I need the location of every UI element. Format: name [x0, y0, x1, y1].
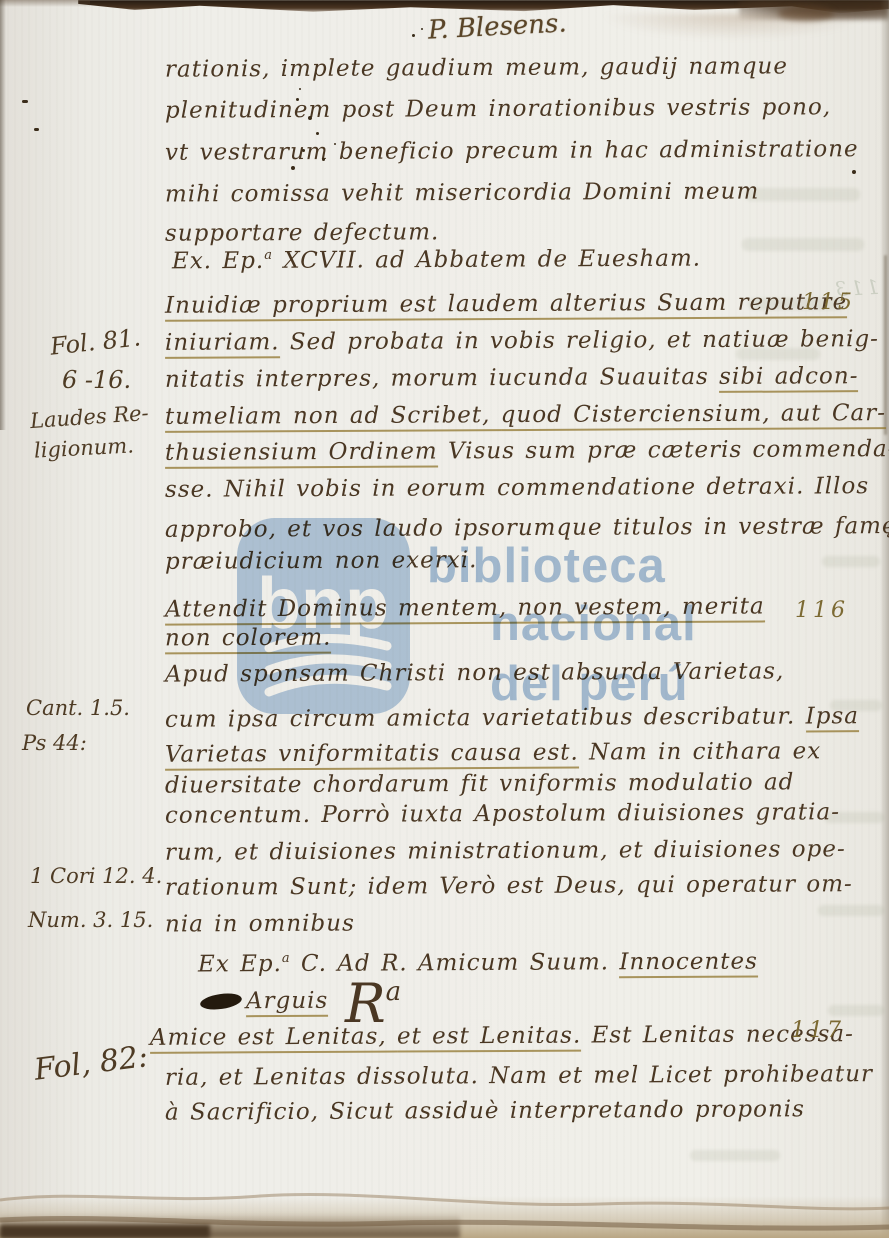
- scan-top-smudge: [600, 14, 870, 40]
- ink-speck: [34, 128, 39, 131]
- scan-right-edge: [880, 0, 889, 1238]
- marginal-citation: Num. 3. 15.: [28, 908, 153, 932]
- ink-speck: [302, 149, 305, 152]
- text-line: iniuriam. Sed probata in vobis religio, …: [165, 326, 879, 356]
- text-line: cum ipsa circum amicta varietatibus desc…: [165, 703, 859, 733]
- letter-heading: Ex. Ep.a XCVII. ad Abbatem de Euesham.: [172, 246, 701, 275]
- marginal-subject-note: ligionum.: [33, 433, 134, 462]
- marginal-citation: Cant. 1.5.: [26, 696, 130, 720]
- bleedthrough-mark: [745, 188, 860, 201]
- text-line: Inuidiæ proprium est laudem alterius Sua…: [165, 289, 847, 319]
- text-line: tumeliam non ad Scribet, quod Cistercien…: [165, 400, 886, 430]
- bleedthrough-mark: [818, 905, 884, 916]
- ink-speck: [412, 34, 415, 37]
- bottom-crease-lines: [0, 1178, 889, 1238]
- text-line: non colorem.: [165, 625, 332, 652]
- corrected-word: Arguis: [246, 988, 328, 1014]
- scan-bottom-corner: [0, 1225, 210, 1238]
- ink-speck: [852, 170, 856, 174]
- ink-speck: [334, 143, 336, 145]
- text-line: rationis, implete gaudium meum, gaudij n…: [165, 53, 788, 82]
- text-line: thusiensium Ordinem Visus sum præ cæteri…: [165, 436, 889, 466]
- ink-speck: [291, 166, 295, 170]
- ink-speck: [421, 28, 423, 30]
- scan-top-edge-left: [0, 0, 90, 7]
- text-line: vt vestrarum beneficio precum in hac adm…: [165, 136, 859, 166]
- text-line: rum, et diuisiones ministrationum, et di…: [165, 836, 846, 866]
- text-line: mihi comissa vehit misericordia Domini m…: [165, 178, 759, 207]
- text-line: sse. Nihil vobis in eorum commendatione …: [165, 473, 869, 503]
- paragraph-number: 115: [802, 290, 856, 315]
- text-line: diuersitate chordarum fit vniformis modu…: [165, 769, 794, 798]
- marginal-folio-ref: Fol. 81.: [49, 323, 142, 360]
- scan-bottom-edge: [0, 1196, 889, 1238]
- text-line: Varietas vniformitatis causa est. Nam in…: [165, 738, 821, 767]
- manuscript-scan-page: 113 P. Blesens. rationis, implete gaudiu…: [0, 0, 889, 1238]
- text-line: concentum. Porrò iuxta Apostolum diuisio…: [165, 799, 840, 829]
- marginal-subject-note: Laudes Re-: [29, 401, 149, 433]
- ink-speck: [299, 88, 301, 90]
- bleedthrough-mark: [742, 238, 864, 251]
- scan-bottom-stain: [0, 1214, 460, 1238]
- text-line: supportare defectum.: [165, 219, 439, 246]
- marginal-folio-ref: Fol, 82:: [32, 1039, 150, 1088]
- ink-speck: [296, 98, 299, 101]
- scan-top-stain: [778, 6, 834, 21]
- marginal-folio-lines: 6 -16.: [62, 366, 131, 394]
- text-line: ria, et Lenitas dissoluta. Nam et mel Li…: [165, 1061, 873, 1091]
- bleedthrough-mark: [828, 1005, 884, 1016]
- scan-left-edge: [0, 0, 6, 430]
- paragraph-number: 117: [791, 1018, 845, 1043]
- text-line: Amice est Lenitas, et est Lenitas. Est L…: [150, 1021, 854, 1051]
- text-line: rationum Sunt; idem Verò est Deus, qui o…: [165, 871, 853, 901]
- bleedthrough-mark: [690, 1150, 780, 1161]
- running-header: P. Blesens.: [427, 8, 567, 45]
- bleedthrough-mark: [822, 556, 880, 567]
- ink-blot: [199, 991, 243, 1012]
- paragraph-number: 116: [795, 598, 849, 623]
- ink-speck: [22, 100, 28, 103]
- text-line: plenitudinem post Deum inorationibus ves…: [165, 94, 831, 123]
- text-line: à Sacrificio, Sicut assiduè interpretand…: [165, 1096, 805, 1125]
- text-line: Attendit Dominus mentem, non vestem, mer…: [165, 593, 765, 622]
- ink-speck: [316, 132, 319, 135]
- text-line: nitatis interpres, morum iucunda Suauita…: [165, 363, 859, 393]
- marginal-citation: 1 Cori 12. 4.: [30, 864, 162, 888]
- text-line: Apud sponsam Christi non est absurda Var…: [165, 658, 784, 687]
- text-line: præiudicium non exerxi.: [165, 547, 478, 575]
- scan-top-right-blotch: [739, 0, 889, 20]
- ink-speck: [308, 116, 312, 120]
- ink-speck: [322, 158, 325, 161]
- marginal-citation: Ps 44:: [22, 731, 87, 755]
- text-line: nia in omnibus: [165, 911, 355, 938]
- letter-heading: Ex Ep.a C. Ad R. Amicum Suum. Innocentes: [198, 949, 758, 978]
- text-line: approbo, et vos laudo ipsorumque titulos…: [165, 513, 889, 543]
